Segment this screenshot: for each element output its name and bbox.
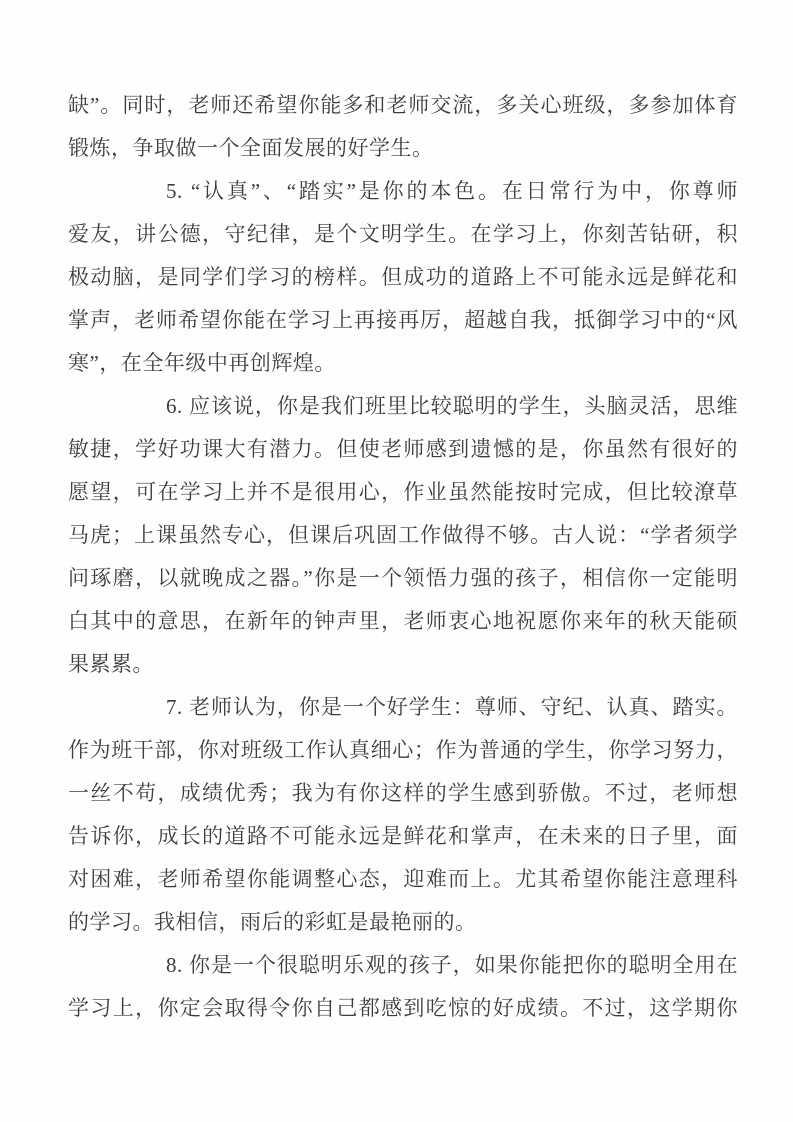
text-line: 作为班干部，你对班级工作认真细心；作为普通的学生，你学习努力， <box>68 729 738 772</box>
text-line: 5. “认真”、“踏实”是你的本色。在日常行为中，你尊师 <box>68 170 738 213</box>
text-line: 的学习。我相信，雨后的彩虹是最艳丽的。 <box>68 901 738 944</box>
text-line: 7. 老师认为，你是一个好学生：尊师、守纪、认真、踏实。 <box>68 686 738 729</box>
text-line: 问琢磨，以就晚成之器。”你是一个领悟力强的孩子，相信你一定能明 <box>68 557 738 600</box>
text-line: 学习上，你定会取得令你自己都感到吃惊的好成绩。不过，这学期你 <box>68 987 738 1030</box>
text-line: 缺”。同时，老师还希望你能多和老师交流，多关心班级，多参加体育 <box>68 84 738 127</box>
text-line: 马虎；上课虽然专心，但课后巩固工作做得不够。古人说：“学者须学 <box>68 514 738 557</box>
text-line: 一丝不苟，成绩优秀；我为有你这样的学生感到骄傲。不过，老师想 <box>68 772 738 815</box>
text-line: 白其中的意思，在新年的钟声里，老师衷心地祝愿你来年的秋天能硕 <box>68 600 738 643</box>
text-line: 果累累。 <box>68 643 738 686</box>
text-line: 告诉你，成长的道路不可能永远是鲜花和掌声，在未来的日子里，面 <box>68 815 738 858</box>
text-line: 锻炼，争取做一个全面发展的好学生。 <box>68 127 738 170</box>
text-line: 6. 应该说，你是我们班里比较聪明的学生，头脑灵活，思维 <box>68 385 738 428</box>
text-line: 爱友，讲公德，守纪律，是个文明学生。在学习上，你刻苦钻研，积 <box>68 213 738 256</box>
text-line: 极动脑，是同学们学习的榜样。但成功的道路上不可能永远是鲜花和 <box>68 256 738 299</box>
text-line: 敏捷，学好功课大有潜力。但使老师感到遗憾的是，你虽然有很好的 <box>68 428 738 471</box>
text-line: 掌声，老师希望你能在学习上再接再厉，超越自我，抵御学习中的“风 <box>68 299 738 342</box>
document-text: 缺”。同时，老师还希望你能多和老师交流，多关心班级，多参加体育锻炼，争取做一个全… <box>68 84 738 1030</box>
text-line: 寒”，在全年级中再创辉煌。 <box>68 342 738 385</box>
document-page: 缺”。同时，老师还希望你能多和老师交流，多关心班级，多参加体育锻炼，争取做一个全… <box>0 0 793 1122</box>
text-line: 愿望，可在学习上并不是很用心，作业虽然能按时完成，但比较潦草 <box>68 471 738 514</box>
text-line: 8. 你是一个很聪明乐观的孩子，如果你能把你的聪明全用在 <box>68 944 738 987</box>
text-line: 对困难，老师希望你能调整心态，迎难而上。尤其希望你能注意理科 <box>68 858 738 901</box>
